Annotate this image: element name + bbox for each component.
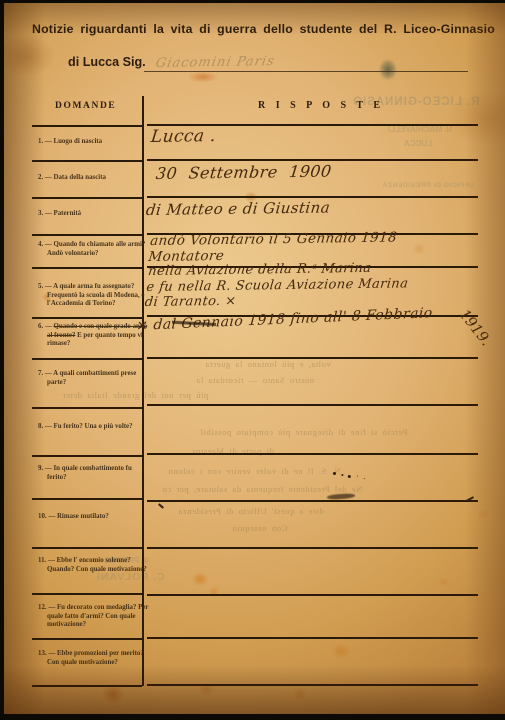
- column-header-domande: DOMANDE: [55, 101, 116, 111]
- bleedthrough-text: N. S. Il ne di voler venire con i colonn: [168, 466, 341, 476]
- rule-line: [32, 358, 142, 360]
- rule-line: [32, 547, 142, 549]
- question-13: 13. — Ebbe promozioni per merito? Con qu…: [38, 650, 150, 667]
- column-divider-line: [142, 96, 144, 686]
- question-11: 11. — Ebbe l' encomio solenne? Quando? C…: [38, 557, 150, 574]
- answer-1-handwriting: Lucca .: [150, 126, 217, 147]
- question-8: 8. — Fu ferito? Una o più volte?: [38, 423, 150, 432]
- answer-2-handwriting: 30 Settembre 1900: [155, 162, 333, 183]
- rule-line: [32, 593, 142, 595]
- document-title: Notizie riguardanti la vita di guerra de…: [32, 22, 495, 36]
- rule-line: [32, 685, 142, 687]
- ink-tick: [158, 503, 164, 508]
- bleedthrough-text: più per noi del grande Italia deter: [62, 390, 208, 400]
- question-4: 4. — Quando fu chiamato alle armi? Andò …: [38, 241, 150, 258]
- question-2: 2. — Data della nascita: [38, 174, 150, 183]
- question-5: 5. — A quale arma fu assegnato? Frequent…: [38, 283, 150, 309]
- name-underline: [144, 71, 468, 72]
- scan-edge-top: [0, 0, 505, 3]
- rule-line: [147, 453, 478, 455]
- rule-line: [147, 357, 478, 359]
- question-7: 7. — A quali combattimenti prese parte?: [38, 370, 150, 387]
- rule-line: [32, 125, 142, 127]
- answer-5-handwriting: nella Aviazione della R.ᵃ Marina e fu ne…: [144, 260, 411, 310]
- rule-line: [32, 317, 142, 319]
- scan-edge-bottom: [0, 714, 505, 720]
- bleedthrough-text: Con ossequio: [232, 523, 287, 533]
- rule-line: [32, 160, 142, 162]
- answer-4-handwriting: andò Volontario il 5 Gennaio 1918 Montat…: [148, 230, 398, 265]
- bleedthrough-text: dire a quest' Ufficio di Presidenza: [178, 506, 324, 516]
- ink-smear: [327, 493, 355, 500]
- bleedthrough-text: volta, e più lontano la guerra: [205, 359, 331, 369]
- question-9: 9. — In quale combattimento fu ferito?: [38, 465, 150, 482]
- rule-line: [32, 498, 142, 500]
- rule-line: [32, 234, 142, 236]
- scan-edge-left: [0, 0, 4, 720]
- rule-line: [32, 638, 142, 640]
- student-name-handwritten: Giacomini Paris: [154, 54, 276, 71]
- rule-line: [147, 547, 478, 549]
- bleedthrough-text: nostro Santo — ricordata la: [196, 375, 314, 385]
- rule-line: [32, 267, 142, 269]
- column-header-risposte: R I S P O S T E: [258, 100, 384, 111]
- bleedthrough-stamp-line: LUCCA: [404, 139, 432, 148]
- question-3: 3. — Paternità: [38, 210, 150, 219]
- question-1: 1. — Luogo di nascita: [38, 138, 150, 147]
- bleedthrough-text: Ne del Presidente frequenta da salutare,…: [162, 484, 362, 494]
- bleedthrough-stamp-line: UFFICIO DI PRESIDENZA: [382, 182, 474, 189]
- ink-scribble: [172, 317, 216, 330]
- answer-3-handwriting: di Matteo e di Giustina: [145, 198, 331, 219]
- rule-line: [32, 197, 142, 199]
- rule-line: [147, 594, 478, 596]
- rule-line: [147, 404, 478, 406]
- question-12: 12. — Fu decorato con medaglia? Per qual…: [38, 604, 150, 630]
- rule-line: [147, 637, 478, 639]
- question-6-number: 6. —: [38, 323, 54, 330]
- document-subtitle: di Lucca Sig.: [68, 55, 146, 69]
- question-6: 6. — Quando e con quale grado andò al fr…: [38, 323, 150, 349]
- question-10: 10. — Rimase mutilato?: [38, 513, 150, 522]
- bleedthrough-stamp-line: N. MACHIAVELLI: [388, 125, 452, 134]
- rule-line: [147, 684, 478, 686]
- bleedthrough-text: Perciò si fine di disegnare più compiuto…: [200, 427, 407, 437]
- answer-6-year-handwriting: 1919.: [456, 307, 494, 350]
- rule-line: [147, 159, 478, 161]
- rule-line: [32, 407, 142, 409]
- rule-line: [32, 455, 142, 457]
- rule-line: [147, 500, 478, 502]
- document-page: R. LICEO-GINNASIO N. MACHIAVELLI LUCCA U…: [0, 0, 505, 720]
